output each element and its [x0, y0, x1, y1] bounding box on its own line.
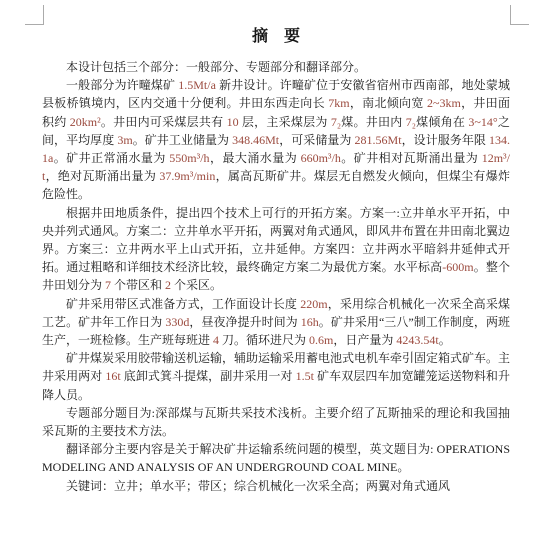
keywords-line: 关键词：立井；单水平；带区；综合机械化一次采全高；两翼对角式通风: [42, 477, 510, 495]
text-run: 。矿井工业储量为: [133, 133, 232, 147]
margin-corner-mark-top-left: [25, 5, 44, 25]
text-run: 本设计包括三个部分：一般部分、专题部分和翻译部分。: [66, 60, 366, 74]
text-run: ，南北倾向宽: [350, 96, 427, 110]
text-run: 刀。循环进尺为: [219, 333, 309, 347]
paragraph-general-part: 一般部分为许疃煤矿 1.5Mt/a 新井设计。许疃矿位于安徽省宿州市西南部，地处…: [42, 76, 510, 203]
numeric-value: 20km²: [70, 115, 101, 129]
text-run: 个采区。: [171, 278, 222, 292]
text-run: 底卸式箕斗提煤，副井采用一对: [121, 369, 296, 383]
numeric-value: 220m: [300, 297, 327, 311]
document-text-area[interactable]: 摘 要 本设计包括三个部分：一般部分、专题部分和翻译部分。一般部分为许疃煤矿 1…: [42, 27, 510, 495]
text-run: ，绝对瓦斯涌出量为: [45, 169, 159, 183]
document-page: 摘 要 本设计包括三个部分：一般部分、专题部分和翻译部分。一般部分为许疃煤矿 1…: [0, 0, 544, 537]
text-run: 矿井采用带区式准备方式，工作面设计长度: [66, 297, 300, 311]
text-run: 。井田内可采煤层共有: [101, 115, 227, 129]
text-run: 煤。井田内: [341, 115, 406, 129]
text-run: ，设计服务年限: [402, 133, 489, 147]
numeric-value: 7km: [328, 96, 349, 110]
numeric-value: 1.5t: [296, 369, 314, 383]
text-run: ，昼夜净提升时间为: [189, 315, 300, 329]
text-run: 根据井田地质条件，提出四个技术上可行的开拓方案。方案一:立井单水平开拓，中央并列…: [42, 206, 510, 275]
abstract-body: 本设计包括三个部分：一般部分、专题部分和翻译部分。一般部分为许疃煤矿 1.5Mt…: [42, 58, 510, 495]
text-run: ，可采储量为: [279, 133, 354, 147]
numeric-value: 0.6m: [309, 333, 333, 347]
text-run: 。矿井相对瓦斯涌出量为: [341, 151, 482, 165]
margin-corner-mark-top-right: [510, 5, 529, 25]
numeric-value: 10: [227, 115, 239, 129]
numeric-value: 2~3km: [427, 96, 461, 110]
abstract-title: 摘 要: [42, 27, 510, 47]
numeric-value: 16t: [105, 369, 120, 383]
text-run: 翻译部分主要内容是关于解决矿井运输系统问题的模型，英文题目为: OPERATIO…: [42, 442, 510, 474]
numeric-value: 4243.54t: [396, 333, 438, 347]
text-run: ，日产量为: [333, 333, 396, 347]
text-run: 煤倾角在: [416, 115, 468, 129]
text-run: 关键词：立井；单水平；带区；综合机械化一次采全高；两翼对角式通风: [66, 479, 450, 493]
text-run: 层，主采煤层为: [239, 115, 331, 129]
numeric-value: 1.5Mt/a: [178, 78, 216, 92]
text-run: 专题部分题目为:深部煤与瓦斯共采技术浅析。主要介绍了瓦斯抽采的理论和我国抽采瓦斯…: [42, 406, 510, 438]
numeric-value: 16h: [301, 315, 319, 329]
numeric-value: 7₂: [406, 115, 416, 129]
numeric-value: 281.56Mt: [355, 133, 402, 147]
paragraph-preparation-mining: 矿井采用带区式准备方式，工作面设计长度 220m，采用综合机械化一次采全高采煤工…: [42, 295, 510, 350]
numeric-value: 3m: [117, 133, 132, 147]
paragraph-special-topic: 专题部分题目为:深部煤与瓦斯共采技术浅析。主要介绍了瓦斯抽采的理论和我国抽采瓦斯…: [42, 404, 510, 440]
paragraph-transport-hoisting: 矿井煤炭采用胶带输送机运输，辅助运输采用蓄电池式电机车牵引固定箱式矿车。主井采用…: [42, 349, 510, 404]
text-run: 一般部分为许疃煤矿: [66, 78, 178, 92]
text-run: 个带区和: [111, 278, 165, 292]
paragraph-translation-part: 翻译部分主要内容是关于解决矿井运输系统问题的模型，英文题目为: OPERATIO…: [42, 440, 510, 476]
numeric-value: 348.46Mt: [232, 133, 279, 147]
text-run: ，最大涌水量为: [210, 151, 301, 165]
numeric-value: 7₂: [331, 115, 341, 129]
numeric-value: 3~14°: [468, 115, 497, 129]
paragraph-intro: 本设计包括三个部分：一般部分、专题部分和翻译部分。: [42, 58, 510, 76]
paragraph-development-schemes: 根据井田地质条件，提出四个技术上可行的开拓方案。方案一:立井单水平开拓，中央并列…: [42, 204, 510, 295]
numeric-value: 330d: [165, 315, 189, 329]
numeric-value: -600m: [442, 260, 473, 274]
text-run: 。矿井正常涌水量为: [53, 151, 169, 165]
numeric-value: 660m³/h: [301, 151, 341, 165]
text-run: 。: [439, 333, 451, 347]
numeric-value: 550m³/h: [169, 151, 209, 165]
numeric-value: 37.9m³/min: [159, 169, 215, 183]
